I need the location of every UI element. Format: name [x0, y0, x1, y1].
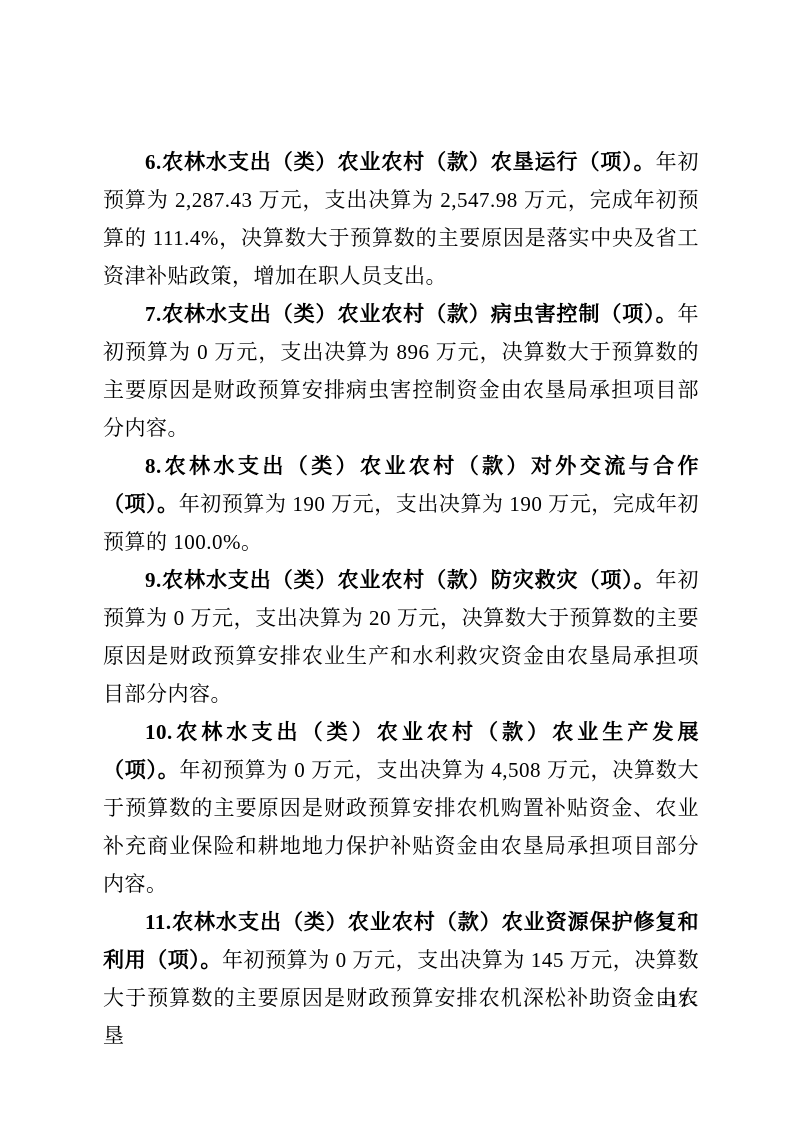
paragraph-item-7: 7.农林水支出（类）农业农村（款）病虫害控制（项）。年初预算为 0 万元，支出决…	[103, 295, 699, 447]
paragraph-item-8: 8.农林水支出（类）农业农村（款）对外交流与合作（项）。年初预算为 190 万元…	[103, 447, 699, 561]
paragraph-6-heading: 6.农林水支出（类）农业农村（款）农垦运行（项）。	[145, 150, 656, 174]
paragraph-item-9: 9.农林水支出（类）农业农村（款）防灾救灾（项）。年初预算为 0 万元，支出决算…	[103, 561, 699, 713]
page-number: -17-	[661, 991, 697, 1013]
paragraph-item-10: 10.农林水支出（类）农业农村（款）农业生产发展（项）。年初预算为 0 万元，支…	[103, 713, 699, 903]
paragraph-8-body: 年初预算为 190 万元，支出决算为 190 万元，完成年初预算的 100.0%…	[103, 492, 699, 554]
paragraph-9-heading: 9.农林水支出（类）农业农村（款）防灾救灾（项）。	[145, 568, 656, 592]
paragraph-item-6: 6.农林水支出（类）农业农村（款）农垦运行（项）。年初预算为 2,287.43 …	[103, 143, 699, 295]
paragraph-7-heading: 7.农林水支出（类）农业农村（款）病虫害控制（项）。	[145, 302, 678, 326]
paragraph-item-11: 11.农林水支出（类）农业农村（款）农业资源保护修复和利用（项）。年初预算为 0…	[103, 903, 699, 1055]
document-text-block: 6.农林水支出（类）农业农村（款）农垦运行（项）。年初预算为 2,287.43 …	[103, 143, 699, 1055]
document-page: 6.农林水支出（类）农业农村（款）农垦运行（项）。年初预算为 2,287.43 …	[0, 0, 794, 1123]
paragraph-10-body: 年初预算为 0 万元，支出决算为 4,508 万元，决算数大于预算数的主要原因是…	[103, 758, 699, 896]
